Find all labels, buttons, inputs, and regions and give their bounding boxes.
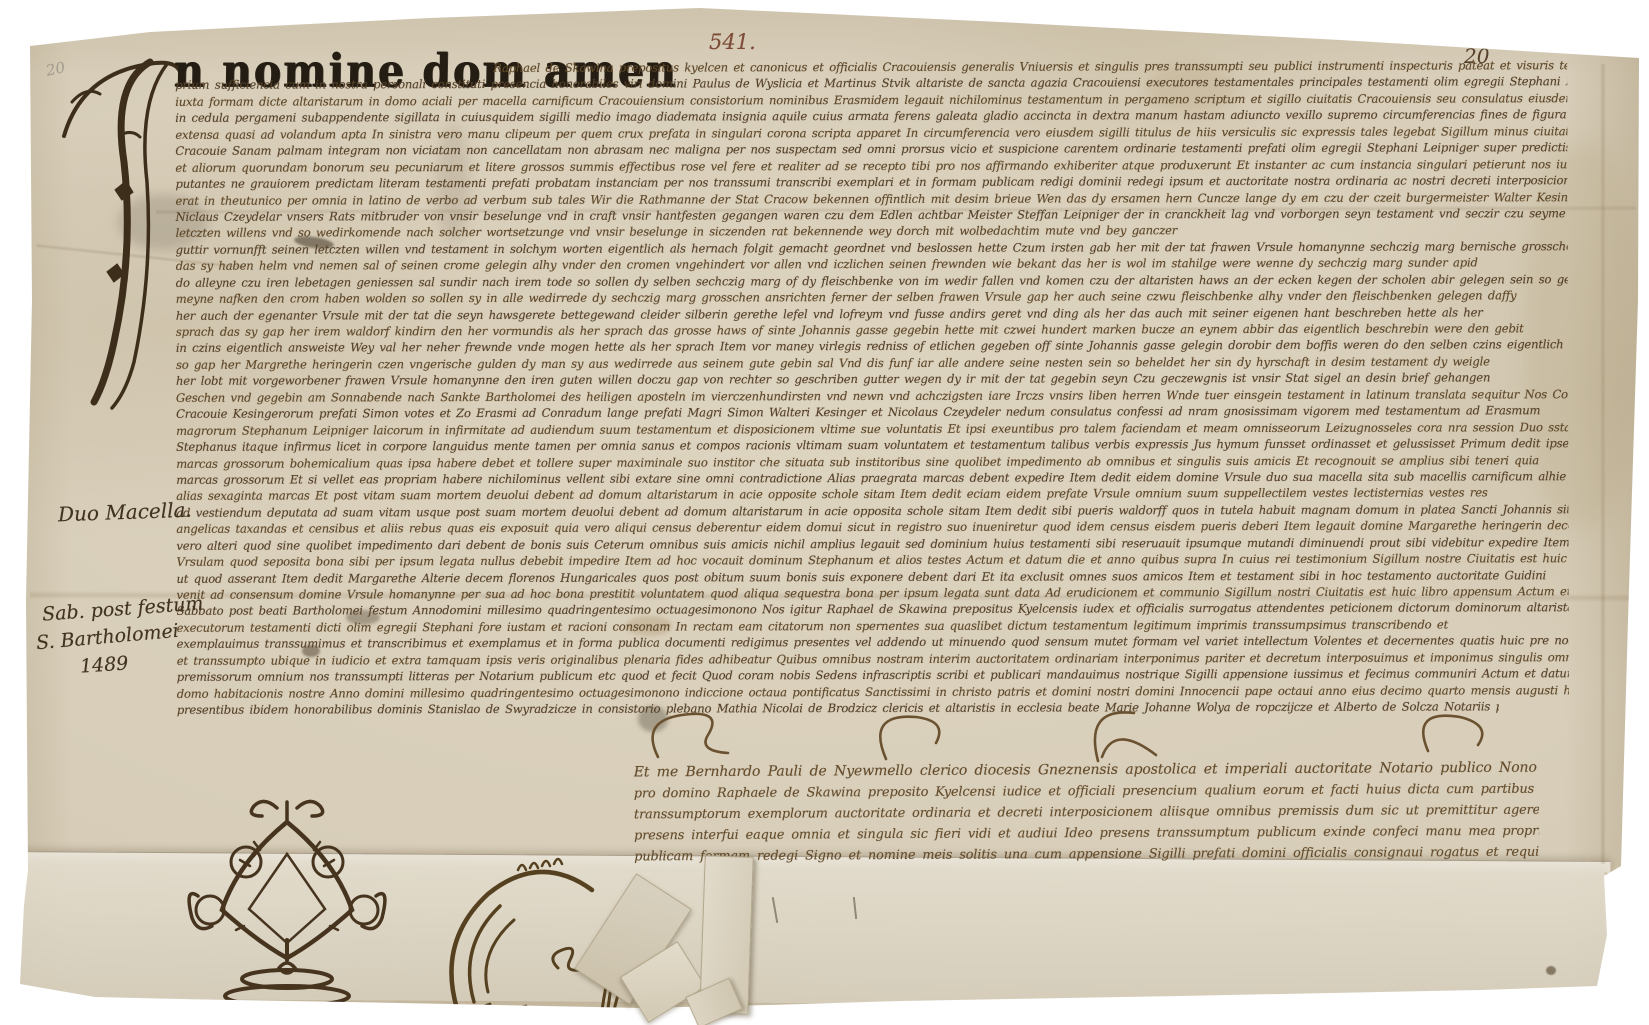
margin-note-macella: Duo Macella. <box>58 498 193 527</box>
edge-tear <box>1604 872 1630 890</box>
parchment-sheet: 541. 20 20 n nomine dom amen Raphael de … <box>6 4 1647 1020</box>
scanned-parchment-page: { "colors":{ "background":"#ffffff", "pa… <box>0 0 1649 1025</box>
margin-note-date: S. Bartholomei <box>35 620 179 654</box>
vertical-crease <box>1600 64 1606 864</box>
catalog-number: 541. <box>709 30 756 54</box>
margin-note-year: 1489 <box>79 652 129 677</box>
plica-fold <box>14 851 1611 1008</box>
manuscript-line: presentibus ibidem honorabilibus dominis… <box>177 698 1499 718</box>
pencil-number: 20 <box>44 58 66 80</box>
notarial-subscription-block: Et me Bernhardo Pauli de Nyewmello cleri… <box>634 758 1540 868</box>
manuscript-text-block: Raphael de Skawina prepositus kyelcen et… <box>175 57 1569 718</box>
